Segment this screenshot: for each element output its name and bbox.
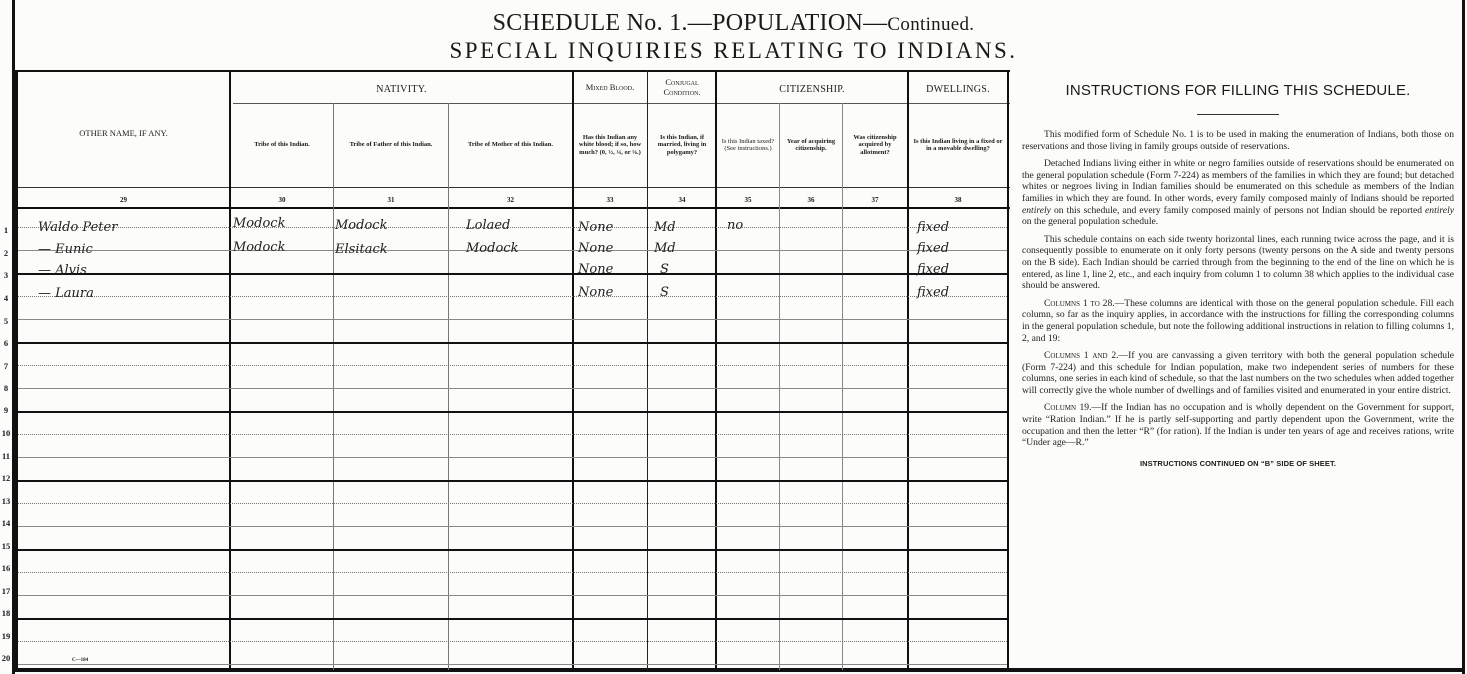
instructions-paragraph-1: This modified form of Schedule No. 1 is … (1022, 129, 1454, 152)
col-35-right-rule (779, 103, 780, 670)
row-number: 9 (0, 405, 12, 415)
row-rule (18, 549, 1007, 551)
entry-2-other-name[interactable]: — Eunic (38, 242, 93, 257)
row-number: 2 (0, 248, 12, 258)
entry-1-white-blood[interactable]: None (578, 220, 613, 235)
entry-2-tribe[interactable]: Modock (233, 240, 285, 255)
schedule-title: SCHEDULE No. 1.—POPULATION—Continued. (0, 10, 1467, 37)
entry-1-polygamy[interactable]: Md (654, 220, 676, 235)
entry-4-polygamy[interactable]: S (660, 285, 669, 300)
row-rule (18, 365, 1007, 366)
row-number: 18 (0, 608, 12, 618)
row-number: 19 (0, 631, 12, 641)
instructions-panel: INSTRUCTIONS FOR FILLING THIS SCHEDULE. … (1022, 80, 1454, 468)
instructions-paragraph-3: This schedule contains on each side twen… (1022, 234, 1454, 292)
col-38-header: Is this Indian living in a fixed or in a… (909, 104, 1007, 186)
instructions-paragraph-4: Columns 1 to 28.—These columns are ident… (1022, 298, 1454, 344)
col-37-number: 37 (843, 196, 907, 204)
col-37-header: Was citizenship acquired by allotment? (843, 104, 907, 186)
row-number: 10 (0, 428, 12, 438)
col-30-right-rule (333, 103, 334, 670)
entry-3-dwelling[interactable]: fixed (917, 262, 949, 277)
row-number: 15 (0, 541, 12, 551)
row-rule (18, 434, 1007, 435)
instructions-paragraph-6: Column 19.—If the Indian has no occupati… (1022, 402, 1454, 448)
col-36-number: 36 (780, 196, 842, 204)
col-30-number: 30 (231, 196, 333, 204)
row-rule (18, 296, 1007, 297)
row-number: 20 (0, 653, 12, 663)
col-36-header: Year of acquiring citizenship. (780, 104, 842, 186)
row-number: 5 (0, 316, 12, 326)
row-rule (18, 457, 1007, 458)
entry-1-dwelling[interactable]: fixed (917, 220, 949, 235)
row-rule (18, 526, 1007, 527)
row-rule (18, 618, 1007, 620)
row-number: 17 (0, 586, 12, 596)
form-number: C—184 (72, 658, 88, 663)
row-number: 11 (0, 451, 12, 461)
census-page: SCHEDULE No. 1.—POPULATION—Continued. SP… (0, 0, 1467, 674)
row-number: 7 (0, 361, 12, 371)
col-31-right-rule (448, 103, 449, 670)
instructions-divider (1197, 114, 1279, 115)
census-table: NATIVITY. Mixed Blood. Conjugal Conditio… (15, 70, 1010, 670)
group-dwellings: DWELLINGS. (909, 76, 1007, 102)
header-bottom-rule (15, 187, 1010, 188)
schedule-subtitle: SPECIAL INQUIRIES RELATING TO INDIANS. (0, 38, 1467, 64)
col-30-header: Tribe of this Indian. (231, 104, 333, 186)
entry-1-taxed[interactable]: no (727, 218, 743, 233)
group-nativity: NATIVITY. (231, 76, 572, 102)
row-rule (18, 319, 1007, 320)
colnum-bottom-rule (15, 207, 1010, 209)
row-rule (18, 664, 1007, 665)
row-number: 8 (0, 383, 12, 393)
col-34-header: Is this Indian, if married, living in po… (649, 104, 715, 186)
entry-3-polygamy[interactable]: S (660, 262, 669, 277)
schedule-title-continued: Continued. (887, 14, 974, 35)
entry-2-white-blood[interactable]: None (578, 241, 613, 256)
entry-2-polygamy[interactable]: Md (654, 241, 676, 256)
entry-2-father-tribe[interactable]: Elsitack (335, 242, 388, 257)
entry-1-mother-tribe[interactable]: Lolaed (466, 218, 510, 233)
row-number: 16 (0, 563, 12, 573)
entry-3-white-blood[interactable]: None (578, 262, 613, 277)
col-36-right-rule (842, 103, 843, 670)
col-38-number: 38 (909, 196, 1007, 204)
instructions-footer: INSTRUCTIONS CONTINUED ON “B” SIDE OF SH… (1022, 459, 1454, 468)
col-31-header: Tribe of Father of this Indian. (334, 104, 448, 186)
row-rule (18, 641, 1007, 642)
entry-4-other-name[interactable]: — Laura (38, 286, 94, 301)
entry-1-tribe[interactable]: Modock (233, 216, 285, 231)
row-number: 13 (0, 496, 12, 506)
entry-1-father-tribe[interactable]: Modock (335, 218, 387, 233)
col-29-header: OTHER NAME, IF ANY. (18, 80, 229, 186)
group-mixed-blood: Mixed Blood. (573, 72, 647, 102)
col-33-right-rule (647, 70, 648, 670)
row-rule (18, 503, 1007, 504)
instructions-paragraph-2: Detached Indians living either in white … (1022, 158, 1454, 228)
col-33-header: Has this Indian any white blood; if so, … (573, 104, 647, 186)
row-rule (18, 273, 1007, 275)
row-number: 6 (0, 338, 12, 348)
col-34-number: 34 (649, 196, 715, 204)
group-citizenship: CITIZENSHIP. (717, 76, 907, 102)
row-rule (18, 342, 1007, 344)
schedule-title-main: SCHEDULE No. 1.—POPULATION— (493, 10, 888, 36)
row-number: 12 (0, 473, 12, 483)
table-top-rule (15, 70, 1010, 72)
row-rule (18, 388, 1007, 389)
entry-4-dwelling[interactable]: fixed (917, 285, 949, 300)
entry-4-white-blood[interactable]: None (578, 285, 613, 300)
entry-1-other-name[interactable]: Waldo Peter (38, 220, 117, 235)
col-32-number: 32 (449, 196, 572, 204)
col-29-number: 29 (18, 196, 229, 204)
instructions-title: INSTRUCTIONS FOR FILLING THIS SCHEDULE. (1022, 82, 1454, 99)
instructions-paragraph-5: Columns 1 and 2.—If you are canvassing a… (1022, 350, 1454, 396)
col-35-header: Is this Indian taxed? (See instructions.… (717, 104, 779, 186)
col-31-number: 31 (334, 196, 448, 204)
col-33-number: 33 (573, 196, 647, 204)
row-number: 1 (0, 225, 12, 235)
entry-3-other-name[interactable]: — Alvis (38, 263, 87, 278)
col-32-header: Tribe of Mother of this Indian. (449, 104, 572, 186)
row-number: 14 (0, 518, 12, 528)
col-35-number: 35 (717, 196, 779, 204)
row-rule (18, 411, 1007, 413)
row-rule (18, 480, 1007, 482)
col-38-right-rule (1007, 70, 1009, 670)
row-rule (18, 595, 1007, 596)
row-rule (18, 572, 1007, 573)
entry-2-dwelling[interactable]: fixed (917, 241, 949, 256)
page-border-right (1462, 0, 1465, 674)
row-number: 4 (0, 293, 12, 303)
row-number: 3 (0, 270, 12, 280)
row-rule (18, 227, 1007, 228)
group-conjugal-condition: Conjugal Condition. (649, 72, 715, 102)
entry-2-mother-tribe[interactable]: Modock (466, 241, 518, 256)
